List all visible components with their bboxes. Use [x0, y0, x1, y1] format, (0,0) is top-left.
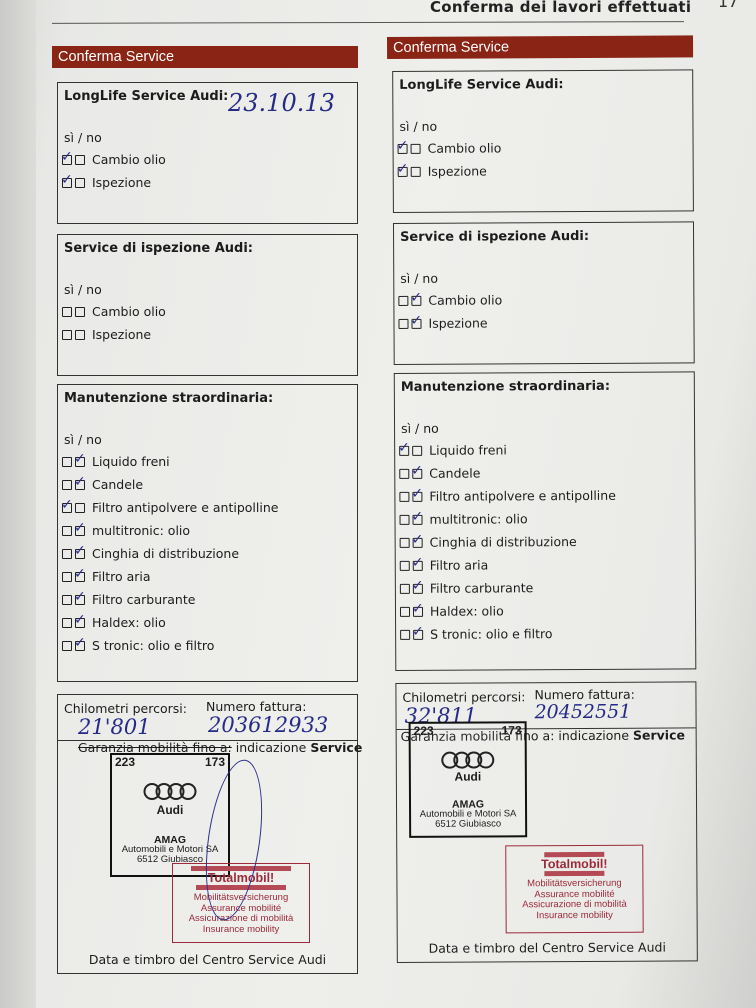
checkbox-no[interactable]	[75, 307, 85, 317]
checkbox-no[interactable]: ✓	[413, 630, 423, 640]
audi-rings-icon	[144, 783, 197, 800]
checkbox-no[interactable]: ✓	[412, 492, 422, 502]
longlife-service-box: LongLife Service Audi: sì / no ✓ Cambio …	[392, 69, 694, 213]
checkbox-yes[interactable]: ✓	[398, 144, 408, 154]
item-label: Filtro carburante	[430, 580, 534, 596]
checklist-item[interactable]: ✓ Haldex: olio	[58, 611, 357, 634]
check-mark-icon: ✓	[74, 567, 86, 581]
checkbox-yes[interactable]	[62, 618, 72, 628]
checklist-item[interactable]: Ispezione	[58, 323, 357, 346]
checklist-item[interactable]: ✓ S tronic: olio e filtro	[396, 621, 695, 646]
checklist-item[interactable]: ✓ Filtro antipolvere e antipolline	[58, 496, 357, 519]
checkbox-yes[interactable]: ✓	[62, 503, 72, 513]
checkbox-yes[interactable]	[62, 307, 72, 317]
item-label: S tronic: olio e filtro	[430, 626, 552, 642]
item-label: Ispezione	[92, 175, 151, 190]
check-mark-icon: ✓	[61, 173, 73, 187]
checkbox-no[interactable]: ✓	[75, 480, 85, 490]
yes-no-label: sì / no	[58, 432, 357, 447]
inspection-service-box: Service di ispezione Audi: sì / no Cambi…	[57, 234, 358, 376]
checkbox-yes[interactable]	[400, 515, 410, 525]
extraordinary-maintenance-box: Manutenzione straordinaria: sì / no ✓ Li…	[394, 371, 697, 671]
checklist-item[interactable]: ✓ Haldex: olio	[396, 598, 695, 623]
extraordinary-maintenance-box: Manutenzione straordinaria: sì / no ✓ Li…	[57, 384, 358, 682]
checkbox-yes[interactable]	[398, 319, 408, 329]
checkbox-yes[interactable]	[62, 595, 72, 605]
item-label: Filtro carburante	[92, 592, 195, 607]
audi-wordmark: Audi	[411, 769, 525, 784]
checklist-item[interactable]: ✓ Liquido freni	[58, 450, 357, 473]
checkbox-no[interactable]	[75, 155, 85, 165]
checkbox-no[interactable]: ✓	[413, 538, 423, 548]
checklist-item[interactable]: ✓ Cambio olio	[58, 148, 357, 171]
stamp-line: Assicurazione di mobilità	[173, 914, 309, 925]
checkbox-yes[interactable]	[400, 584, 410, 594]
item-label: Ispezione	[428, 163, 487, 178]
checkbox-yes[interactable]	[62, 330, 72, 340]
checkbox-no[interactable]: ✓	[75, 618, 85, 628]
item-label: Cambio olio	[428, 140, 502, 155]
longlife-service-box: LongLife Service Audi: 23.10.13 sì / no …	[57, 82, 358, 224]
checkbox-no[interactable]: ✓	[75, 572, 85, 582]
item-label: Candele	[429, 466, 480, 481]
check-mark-icon: ✓	[74, 544, 86, 558]
checkbox-yes[interactable]	[399, 469, 409, 479]
checkbox-yes[interactable]	[400, 538, 410, 548]
checkbox-yes[interactable]	[62, 480, 72, 490]
stamp-footer-label: Data e timbro del Centro Service Audi	[58, 952, 357, 967]
box-title: Service di ispezione Audi:	[394, 222, 693, 245]
inspection-service-box: Service di ispezione Audi: sì / no ✓ Cam…	[393, 221, 695, 365]
item-label: Cambio olio	[92, 304, 166, 319]
checkbox-yes[interactable]	[62, 572, 72, 582]
item-label: Cinghia di distribuzione	[92, 546, 239, 561]
km-label: Chilometri percorsi:	[64, 701, 187, 716]
checkbox-yes[interactable]	[62, 549, 72, 559]
stamp-number-right: 173	[205, 755, 225, 769]
checklist-item[interactable]: ✓ Candele	[395, 460, 694, 485]
mileage-invoice-box: Chilometri percorsi: Numero fattura: 21'…	[57, 694, 358, 974]
checkbox-no[interactable]: ✓	[412, 469, 422, 479]
yes-no-label: sì / no	[394, 269, 693, 286]
audi-rings-icon	[441, 751, 494, 768]
check-mark-icon: ✓	[74, 521, 86, 535]
check-mark-icon: ✓	[412, 625, 424, 639]
check-mark-icon: ✓	[397, 162, 409, 176]
item-label: Filtro antipolvere e antipolline	[92, 500, 278, 515]
yes-no-label: sì / no	[395, 419, 694, 436]
checklist-item[interactable]: Cambio olio	[58, 300, 357, 323]
check-mark-icon: ✓	[410, 314, 422, 328]
handwritten-date: 23.10.13	[228, 89, 335, 117]
dealer-stamp: 223 173 Audi AMAG Automobili e Motori SA…	[409, 721, 528, 838]
checklist-item[interactable]: ✓ Liquido freni	[395, 437, 694, 462]
checklist-item[interactable]: ✓ multitronic: olio	[58, 519, 357, 542]
checklist-item[interactable]: ✓ Filtro aria	[58, 565, 357, 588]
checkbox-no[interactable]: ✓	[75, 457, 85, 467]
item-label: Filtro aria	[430, 557, 489, 572]
check-mark-icon: ✓	[410, 291, 422, 305]
checkbox-no[interactable]: ✓	[413, 561, 423, 571]
item-label: multitronic: olio	[429, 511, 527, 527]
checkbox-no[interactable]	[411, 167, 421, 177]
check-mark-icon: ✓	[398, 441, 410, 455]
item-label: Filtro antipolvere e antipolline	[429, 488, 616, 504]
stamp-footer-label: Data e timbro del Centro Service Audi	[398, 939, 697, 956]
item-label: Filtro aria	[92, 569, 151, 584]
checklist-item[interactable]: ✓ Candele	[58, 473, 357, 496]
service-column-1: Conferma Service LongLife Service Audi: …	[52, 46, 358, 974]
checklist-item[interactable]: ✓ Cambio olio	[394, 287, 693, 312]
checkbox-no[interactable]: ✓	[413, 607, 423, 617]
check-mark-icon: ✓	[411, 464, 423, 478]
box-title: Service di ispezione Audi:	[58, 235, 357, 256]
checkbox-yes[interactable]	[399, 492, 409, 502]
mobility-insurance-stamp: Totalmobil! Mobilitätsversicherung Assur…	[505, 845, 643, 934]
stamp-brand: Totalmobil!	[506, 857, 642, 872]
checklist-item[interactable]: ✓ Filtro antipolvere e antipolline	[395, 483, 694, 508]
item-label: Ispezione	[428, 315, 487, 330]
checkbox-no[interactable]: ✓	[75, 595, 85, 605]
warranty-rest-text: indicazione	[232, 740, 311, 755]
checkbox-yes[interactable]	[62, 457, 72, 467]
warranty-bold-text: Service	[633, 727, 685, 742]
checklist-item[interactable]: ✓ S tronic: olio e filtro	[58, 634, 357, 657]
header-rule	[52, 21, 684, 24]
yes-no-label: sì / no	[58, 130, 357, 145]
checkbox-no[interactable]	[75, 178, 85, 188]
check-mark-icon: ✓	[74, 636, 86, 650]
check-mark-icon: ✓	[412, 533, 424, 547]
checkbox-no[interactable]: ✓	[75, 641, 85, 651]
check-mark-icon: ✓	[61, 150, 73, 164]
checkbox-yes[interactable]: ✓	[398, 167, 408, 177]
checkbox-no[interactable]	[75, 503, 85, 513]
checklist-item[interactable]: ✓ Cambio olio	[394, 135, 693, 160]
mileage-invoice-box: Chilometri percorsi: Numero fattura: 32'…	[395, 681, 697, 963]
invoice-label: Numero fattura:	[206, 699, 306, 714]
checkbox-no[interactable]: ✓	[411, 319, 421, 329]
checkbox-yes[interactable]	[62, 526, 72, 536]
box-title: LongLife Service Audi:	[393, 70, 692, 93]
item-label: Cambio olio	[428, 292, 502, 307]
checklist-item[interactable]: ✓ Filtro carburante	[58, 588, 357, 611]
check-mark-icon: ✓	[397, 139, 409, 153]
stamp-number-left: 223	[414, 724, 434, 738]
checkbox-no[interactable]	[412, 446, 422, 456]
item-label: Cinghia di distribuzione	[430, 534, 577, 550]
stamp-lines: Mobilitätsversicherung Assurance mobilit…	[506, 879, 642, 922]
km-value: 21'801	[78, 715, 151, 739]
stamp-line: Insurance mobility	[173, 925, 309, 936]
check-mark-icon: ✓	[412, 556, 424, 570]
checklist-item[interactable]: ✓ Filtro aria	[396, 552, 695, 577]
checklist-item[interactable]: ✓ Ispezione	[394, 310, 693, 335]
checklist-item[interactable]: ✓ Cinghia di distribuzione	[58, 542, 357, 565]
km-label: Chilometri percorsi:	[402, 689, 525, 705]
audi-wordmark: Audi	[112, 803, 228, 817]
yes-no-label: sì / no	[393, 117, 692, 134]
checkbox-yes[interactable]: ✓	[399, 446, 409, 456]
checkbox-yes[interactable]	[62, 641, 72, 651]
invoice-value: 20452551	[534, 701, 631, 724]
item-label: multitronic: olio	[92, 523, 190, 538]
section-banner: Conferma Service	[387, 35, 693, 59]
item-label: Cambio olio	[92, 152, 166, 167]
item-label: Haldex: olio	[92, 615, 166, 630]
item-label: Candele	[92, 477, 143, 492]
checkbox-yes[interactable]	[398, 296, 408, 306]
checkbox-no[interactable]: ✓	[75, 526, 85, 536]
check-mark-icon: ✓	[74, 613, 86, 627]
stamp-line: Insurance mobility	[507, 910, 643, 921]
checklist-item[interactable]: ✓ Ispezione	[394, 158, 693, 183]
running-header: Conferma dei lavori effettuati	[430, 0, 691, 16]
checkbox-no[interactable]: ✓	[411, 296, 421, 306]
section-banner: Conferma Service	[52, 46, 358, 68]
yes-no-label: sì / no	[58, 282, 357, 297]
stamp-number-left: 223	[115, 755, 135, 769]
item-label: Ispezione	[92, 327, 151, 342]
check-mark-icon: ✓	[74, 452, 86, 466]
checklist-item[interactable]: ✓ Ispezione	[58, 171, 357, 194]
page-number: 17	[718, 0, 738, 11]
check-mark-icon: ✓	[412, 579, 424, 593]
stamp-bar	[544, 871, 604, 876]
checkbox-yes[interactable]: ✓	[62, 155, 72, 165]
check-mark-icon: ✓	[61, 498, 73, 512]
dealer-address: AMAG Automobili e Motori SA 6512 Giubias…	[411, 799, 525, 830]
item-label: Liquido freni	[429, 442, 507, 457]
box-title: Manutenzione straordinaria:	[58, 385, 357, 406]
checkbox-no[interactable]: ✓	[413, 515, 423, 525]
dealer-line: 6512 Giubiasco	[435, 818, 501, 829]
checkbox-no[interactable]: ✓	[413, 584, 423, 594]
invoice-value: 203612933	[208, 713, 328, 737]
check-mark-icon: ✓	[412, 602, 424, 616]
check-mark-icon: ✓	[74, 475, 86, 489]
checkbox-no[interactable]: ✓	[75, 549, 85, 559]
box-title: Manutenzione straordinaria:	[395, 372, 694, 395]
check-mark-icon: ✓	[411, 510, 423, 524]
service-column-2: Conferma Service LongLife Service Audi: …	[387, 35, 698, 963]
check-mark-icon: ✓	[411, 487, 423, 501]
page-edge	[0, 0, 36, 1008]
checkbox-no[interactable]	[75, 330, 85, 340]
checkbox-no[interactable]	[411, 144, 421, 154]
checklist-item[interactable]: ✓ multitronic: olio	[395, 506, 694, 531]
checkbox-yes[interactable]	[400, 630, 410, 640]
item-label: S tronic: olio e filtro	[92, 638, 214, 653]
stamp-number-right: 173	[502, 723, 522, 737]
warranty-bold-text: Service	[310, 740, 362, 755]
item-label: Haldex: olio	[430, 603, 504, 618]
checkbox-yes[interactable]: ✓	[62, 178, 72, 188]
checkbox-yes[interactable]	[400, 561, 410, 571]
item-label: Liquido freni	[92, 454, 170, 469]
check-mark-icon: ✓	[74, 590, 86, 604]
checkbox-yes[interactable]	[400, 607, 410, 617]
checklist-item[interactable]: ✓ Cinghia di distribuzione	[396, 529, 695, 554]
checklist-item[interactable]: ✓ Filtro carburante	[396, 575, 695, 600]
